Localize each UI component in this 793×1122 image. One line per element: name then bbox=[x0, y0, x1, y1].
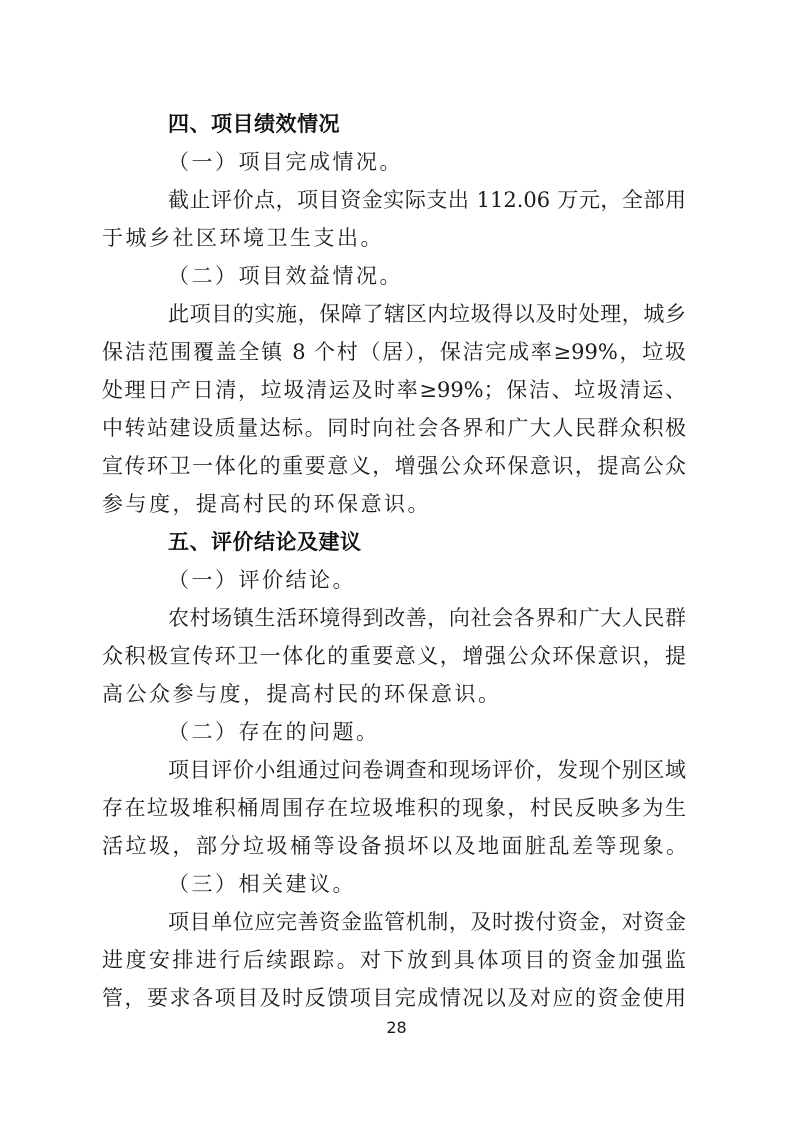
text-line: （二）项目效益情况。 bbox=[102, 257, 686, 295]
text-line: 截止评价点，项目资金实际支出 112.06 万元，全部用 bbox=[102, 181, 686, 219]
text-line: 进度安排进行后续跟踪。对下放到具体项目的资金加强监 bbox=[102, 941, 686, 979]
text-line: 中转站建设质量达标。同时向社会各界和广大人民群众积极 bbox=[102, 409, 686, 447]
text-line: 管，要求各项目及时反馈项目完成情况以及对应的资金使用 bbox=[102, 979, 686, 1017]
text-line: 存在垃圾堆积桶周围存在垃圾堆积的现象，村民反映多为生 bbox=[102, 789, 686, 827]
text-line: （三）相关建议。 bbox=[102, 865, 686, 903]
text-line: 活垃圾，部分垃圾桶等设备损坏以及地面脏乱差等现象。 bbox=[102, 827, 686, 865]
document-lines: 四、项目绩效情况（一）项目完成情况。截止评价点，项目资金实际支出 112.06 … bbox=[102, 105, 686, 1017]
document-page: 四、项目绩效情况（一）项目完成情况。截止评价点，项目资金实际支出 112.06 … bbox=[0, 0, 793, 1122]
page-number: 28 bbox=[0, 1018, 793, 1038]
text-line: （一）评价结论。 bbox=[102, 561, 686, 599]
text-line: 高公众参与度，提高村民的环保意识。 bbox=[102, 675, 686, 713]
text-line: 保洁范围覆盖全镇 8 个村（居），保洁完成率≥99%，垃圾 bbox=[102, 333, 686, 371]
text-line: 参与度，提高村民的环保意识。 bbox=[102, 485, 686, 523]
text-line: 处理日产日清，垃圾清运及时率≥99%；保洁、垃圾清运、 bbox=[102, 371, 686, 409]
text-line: 此项目的实施，保障了辖区内垃圾得以及时处理，城乡 bbox=[102, 295, 686, 333]
text-line: 农村场镇生活环境得到改善，向社会各界和广大人民群 bbox=[102, 599, 686, 637]
text-line: （一）项目完成情况。 bbox=[102, 143, 686, 181]
section-heading: 五、评价结论及建议 bbox=[102, 523, 686, 561]
text-line: 众积极宣传环卫一体化的重要意义，增强公众环保意识，提 bbox=[102, 637, 686, 675]
text-line: 项目评价小组通过问卷调查和现场评价，发现个别区域 bbox=[102, 751, 686, 789]
section-heading: 四、项目绩效情况 bbox=[102, 105, 686, 143]
text-line: 项目单位应完善资金监管机制，及时拨付资金，对资金 bbox=[102, 903, 686, 941]
text-line: 宣传环卫一体化的重要意义，增强公众环保意识，提高公众 bbox=[102, 447, 686, 485]
text-line: 于城乡社区环境卫生支出。 bbox=[102, 219, 686, 257]
text-line: （二）存在的问题。 bbox=[102, 713, 686, 751]
